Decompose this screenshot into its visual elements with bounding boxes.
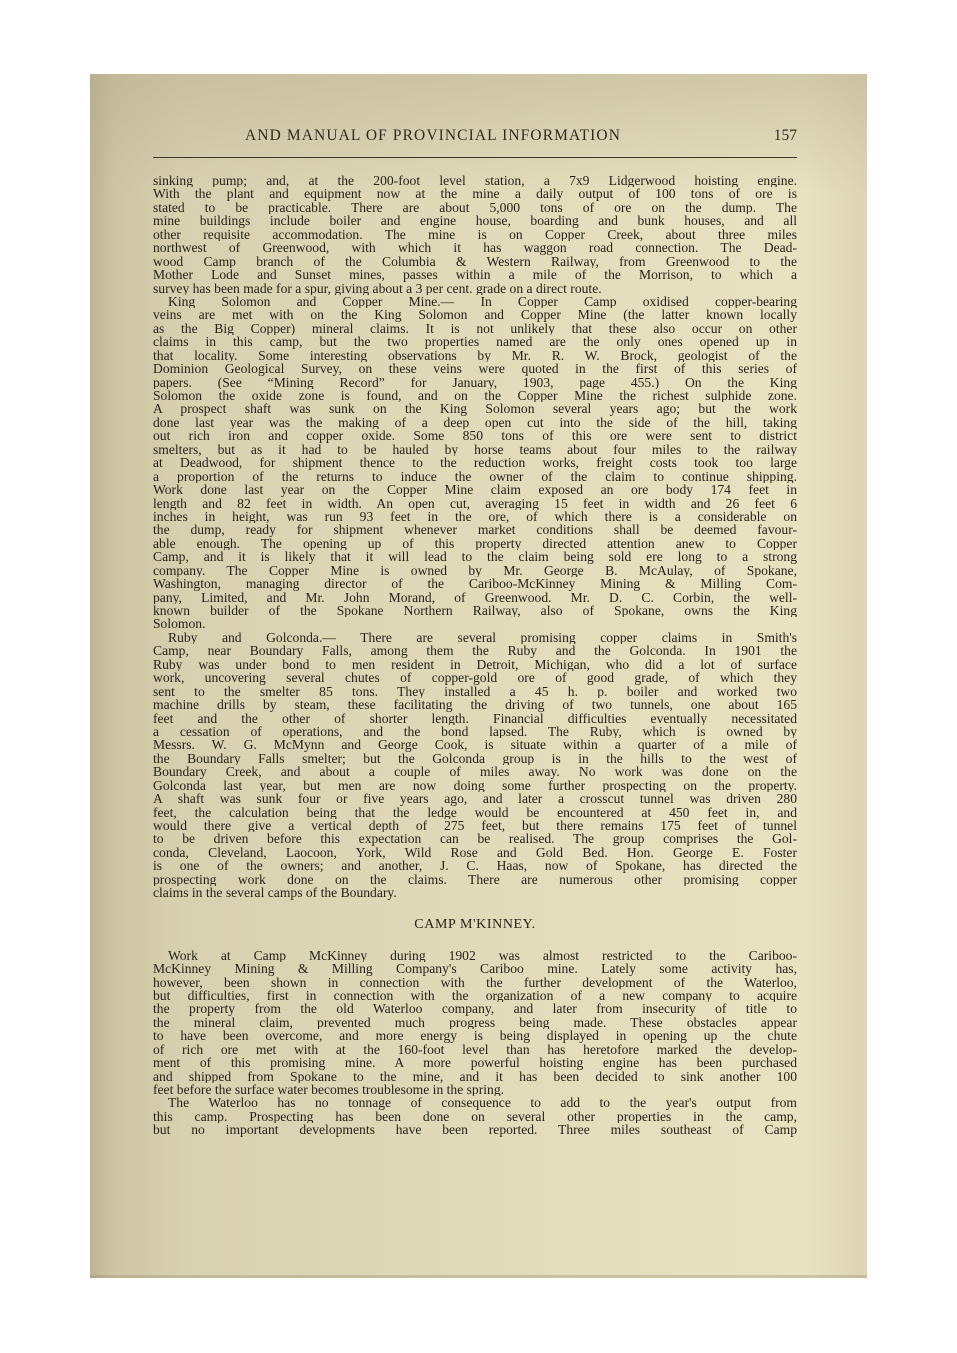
text-line: ment of this promising mine. A more powe…: [153, 1056, 797, 1069]
text-line: would there give a vertical depth of 275…: [153, 819, 797, 832]
text-line: wood Camp branch of the Columbia & Weste…: [153, 255, 797, 268]
paragraph-waterloo: The Waterloo has no tonnage of consequen…: [153, 1096, 797, 1136]
running-header: AND MANUAL OF PROVINCIAL INFORMATION 157: [153, 127, 797, 147]
text-line: Work done last year on the Copper Mine c…: [153, 483, 797, 496]
text-line: but difficulties, first in connection wi…: [153, 989, 797, 1002]
paragraph-camp-mckinney: Work at Camp McKinney during 1902 was al…: [153, 949, 797, 1097]
scanned-page: AND MANUAL OF PROVINCIAL INFORMATION 157…: [90, 74, 867, 1278]
text-line: work, uncovering several chutes of coppe…: [153, 671, 797, 684]
text-line: Solomon.: [153, 617, 797, 630]
text-line: feet and the other of shorter length. Fi…: [153, 712, 797, 725]
text-line: Messrs. W. G. McMynn and George Cook, is…: [153, 738, 797, 751]
text-line: stated to be practicable. There are abou…: [153, 201, 797, 214]
paragraph-king-solomon: King Solomon and Copper Mine.— In Copper…: [153, 295, 797, 631]
text-line: Work at Camp McKinney during 1902 was al…: [153, 949, 797, 962]
text-line: Camp, near Boundary Falls, among them th…: [153, 644, 797, 657]
text-line: company. The Copper Mine is owned by Mr.…: [153, 564, 797, 577]
paragraph-morrison-continued: sinking pump; and, at the 200-foot level…: [153, 174, 797, 295]
text-line: to be driven before this expectation can…: [153, 832, 797, 845]
paragraph-ruby-golconda: Ruby and Golconda.— There are several pr…: [153, 631, 797, 900]
header-rule: [153, 157, 797, 158]
text-line: Solomon the oxide zone is found, and on …: [153, 389, 797, 402]
text-line: as the Big Copper) mineral claims. It is…: [153, 322, 797, 335]
section-heading: CAMP M'KINNEY.: [153, 918, 797, 932]
text-line: other requisite accommodation. The mine …: [153, 228, 797, 241]
text-line: however, been shown in connection with t…: [153, 976, 797, 989]
text-line: out rich iron and copper oxide. Some 850…: [153, 429, 797, 442]
text-line: to have been overcome, and more energy i…: [153, 1029, 797, 1042]
running-title: AND MANUAL OF PROVINCIAL INFORMATION: [245, 127, 621, 145]
text-line: able enough. The opening up of this prop…: [153, 537, 797, 550]
text-line: survey has been made for a spur, giving …: [153, 282, 797, 295]
text-line: claims in this camp, but the two propert…: [153, 335, 797, 348]
text-line: at Deadwood, for shipment thence to the …: [153, 456, 797, 469]
page-number: 157: [774, 127, 797, 145]
text-line: is one of the owners; and another, J. C.…: [153, 859, 797, 872]
text-line: and shipped from Spokane to the mine, an…: [153, 1070, 797, 1083]
text-line: The Waterloo has no tonnage of consequen…: [153, 1096, 797, 1109]
text-line: feet, the calculation being that the led…: [153, 806, 797, 819]
text-line: northwest of Greenwood, with which it ha…: [153, 241, 797, 254]
text-line: the mineral claim, prevented much progre…: [153, 1016, 797, 1029]
text-line: A prospect shaft was sunk on the King So…: [153, 402, 797, 415]
text-line: Golconda last year, but men are now doin…: [153, 779, 797, 792]
text-line: pany, Limited, and Mr. John Morand, of G…: [153, 591, 797, 604]
text-line: a proportion of the returns to induce th…: [153, 470, 797, 483]
text-line: length and 82 feet in width. An open cut…: [153, 497, 797, 510]
text-line: the property from the old Waterloo compa…: [153, 1002, 797, 1015]
text-line: McKinney Mining & Milling Company's Cari…: [153, 962, 797, 975]
text-line: the Boundary Falls smelter; but the Golc…: [153, 752, 797, 765]
text-line: done last year was the making of a deep …: [153, 416, 797, 429]
text-line: Ruby and Golconda.— There are several pr…: [153, 631, 797, 644]
text-line: mine buildings include boiler and engine…: [153, 214, 797, 227]
text-line: Washington, managing director of the Car…: [153, 577, 797, 590]
text-line: Camp, and it is likely that it will lead…: [153, 550, 797, 563]
text-line: claims in the several camps of the Bound…: [153, 886, 797, 899]
text-line: sinking pump; and, at the 200-foot level…: [153, 174, 797, 187]
text-line: With the plant and equipment now at the …: [153, 187, 797, 200]
text-line: but no important developments have been …: [153, 1123, 797, 1136]
text-line: conda, Cleveland, Laocoon, York, Wild Ro…: [153, 846, 797, 859]
text-line: veins are met with on the King Solomon a…: [153, 308, 797, 321]
text-line: known builder of the Spokane Northern Ra…: [153, 604, 797, 617]
text-line: a cessation of operations, and the bond …: [153, 725, 797, 738]
text-line: feet before the surface water becomes tr…: [153, 1083, 797, 1096]
text-line: Dominion Geological Survey, on these vei…: [153, 362, 797, 375]
text-line: Boundary Creek, and about a couple of mi…: [153, 765, 797, 778]
text-line: Mother Lode and Sunset mines, passes wit…: [153, 268, 797, 281]
text-line: of rich ore met with at the 160-foot lev…: [153, 1043, 797, 1056]
text-line: that locality. Some interesting observat…: [153, 349, 797, 362]
text-line: the dump, ready for shipment whenever ma…: [153, 523, 797, 536]
text-line: this camp. Prospecting has been done on …: [153, 1110, 797, 1123]
text-line: inches in height, was run 93 feet in the…: [153, 510, 797, 523]
text-line: A shaft was sunk four or five years ago,…: [153, 792, 797, 805]
text-line: prospecting work done on the claims. The…: [153, 873, 797, 886]
text-line: sent to the smelter 85 tons. They instal…: [153, 685, 797, 698]
text-line: smelters, but as it had to be hauled by …: [153, 443, 797, 456]
text-line: machine drills by steam, these facilitat…: [153, 698, 797, 711]
text-line: King Solomon and Copper Mine.— In Copper…: [153, 295, 797, 308]
text-line: papers. (See “Mining Record” for January…: [153, 376, 797, 389]
text-line: Ruby was under bond to men resident in D…: [153, 658, 797, 671]
body-text: sinking pump; and, at the 200-foot level…: [153, 174, 797, 1137]
